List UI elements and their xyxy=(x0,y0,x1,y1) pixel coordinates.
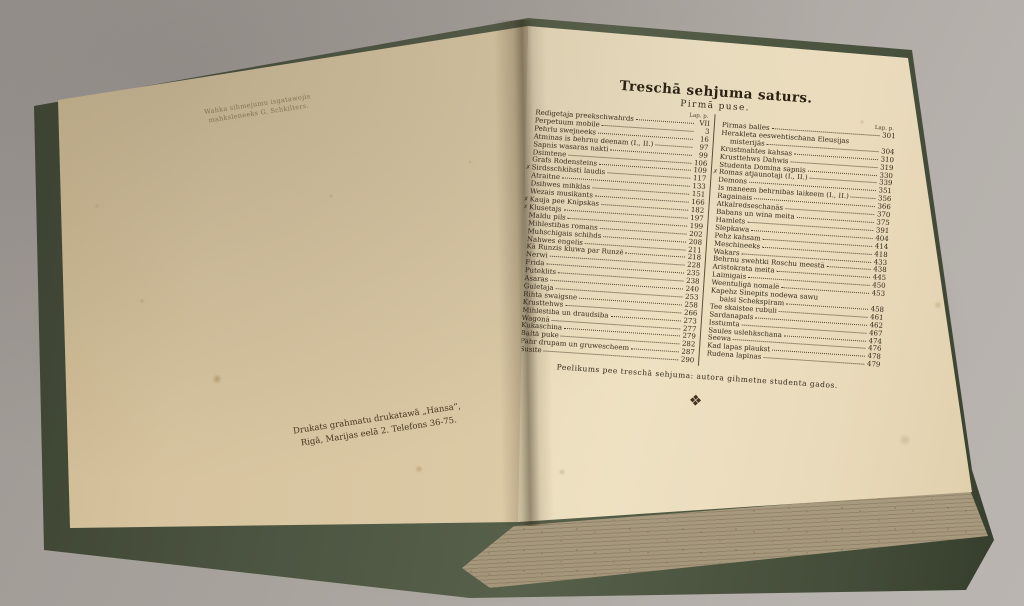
toc-columns: Lap. p. Redigetaja preekschwahrdsVIIPerp… xyxy=(512,102,900,378)
printer-imprint: Drukats grahmatu drukatawā „Hansa“, Rigā… xyxy=(282,399,474,453)
artist-credit-note: Wahka sihmejumu isgatawojis mahksleneeks… xyxy=(178,88,339,129)
dot-leader xyxy=(626,253,686,258)
toc-entry-page: 301 xyxy=(881,132,895,141)
book-gutter-shadow xyxy=(494,20,555,527)
toc-column-right: Lap. p. Pirmas balles301Herakleta eesweh… xyxy=(698,114,900,378)
dot-leader xyxy=(631,349,679,353)
dot-leader xyxy=(851,197,876,200)
dot-leader xyxy=(827,266,871,270)
toc-entry-page: 453 xyxy=(871,290,885,299)
toc-entry-page: 290 xyxy=(680,357,694,366)
table-of-contents: Treschā sehjuma saturs. Pirmā puse. Lap.… xyxy=(509,72,902,422)
dot-leader xyxy=(636,119,694,124)
pencil-mark: ✗ xyxy=(712,169,718,177)
dot-leader xyxy=(655,144,692,147)
photo-of-open-book: Wahka sihmejumu isgatawojis mahksleneeks… xyxy=(0,0,1024,606)
toc-entry-page: 479 xyxy=(866,361,880,370)
